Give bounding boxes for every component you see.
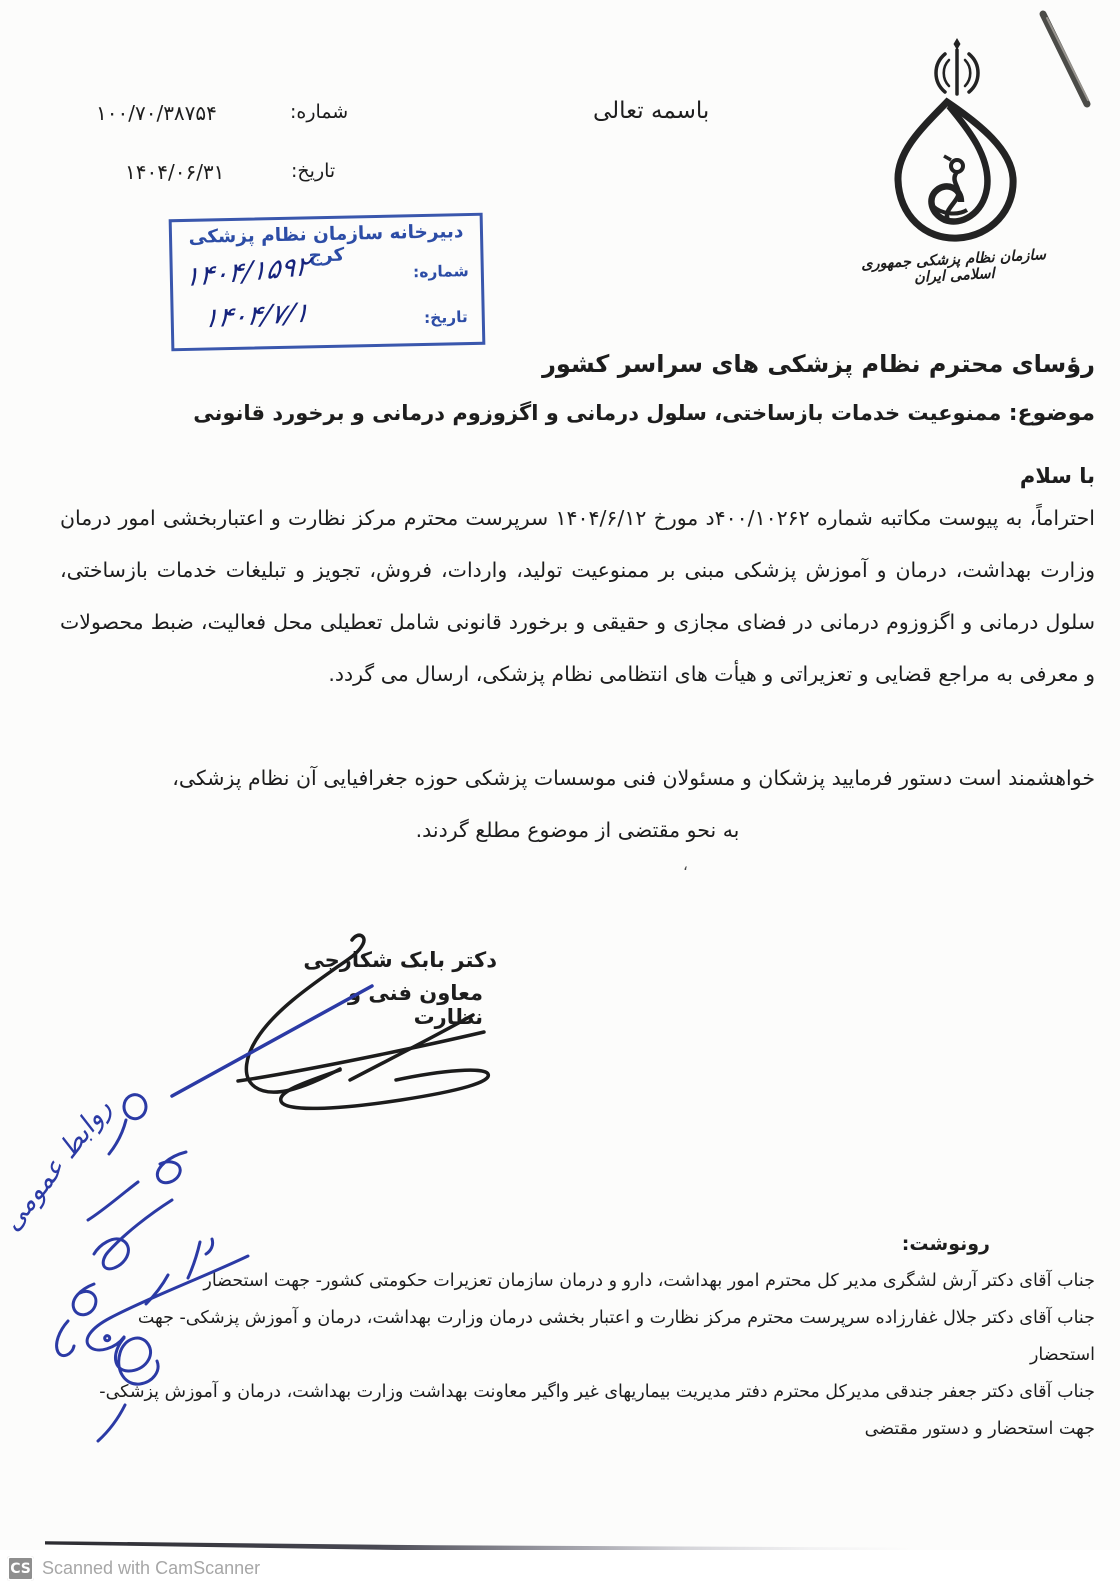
stamp-date-handwritten: ۱۴۰۴/۷/۱ — [201, 297, 311, 334]
cc-list: جناب آقای دکتر آرش لشگری مدیر کل محترم ا… — [83, 1263, 1095, 1448]
medical-council-logo-icon — [845, 30, 1045, 255]
letter-number-label: شماره: — [290, 101, 348, 123]
letter-date-label: تاریخ: — [291, 160, 335, 182]
cc-label: رونوشت: — [902, 1233, 990, 1255]
camscanner-footer: CS Scanned with CamScanner — [0, 1550, 1120, 1587]
subject-line: موضوع: ممنوعیت خدمات بازساختی، سلول درما… — [60, 401, 1095, 426]
cc-item-3: جناب آقای دکتر جعفر جندقی مدیرکل محترم د… — [83, 1374, 1095, 1448]
pen-mark-icon — [1043, 14, 1088, 104]
recipient-line: رؤسای محترم نظام پزشکی های سراسر کشور — [542, 350, 1095, 378]
camscanner-badge-icon: CS — [7, 1556, 34, 1581]
besmele-text: باسمه تعالی — [593, 98, 709, 124]
signer-title: معاون فنی و نظارت — [297, 981, 483, 1029]
stamp-number-label: شماره: — [413, 262, 469, 281]
salutation: با سلام — [1020, 464, 1095, 488]
iran-emblem-icon — [936, 38, 978, 94]
scanned-letter-page: باسمه تعالی شماره: ۱۰۰/۷۰/۳۸۷۵۴ تاریخ: ۱… — [0, 0, 1120, 1587]
letter-date-value: ۱۴۰۴/۰۶/۳۱ — [125, 160, 224, 184]
cc-item-2: جناب آقای دکتر جلال غفارزاده سرپرست محتر… — [83, 1300, 1095, 1374]
subject-label: موضوع: — [1009, 401, 1095, 426]
body-paragraph-2: خواهشمند است دستور فرمایید پزشکان و مسئو… — [60, 752, 1095, 804]
letter-number-value: ۱۰۰/۷۰/۳۸۷۵۴ — [96, 101, 217, 125]
subject-text: ممنوعیت خدمات بازساختی، سلول درمانی و اگ… — [193, 401, 1001, 425]
secretariat-stamp: دبیرخانه سازمان نظام پزشکی کرج شماره: تا… — [169, 213, 486, 352]
stray-comma-mark: ، — [683, 856, 688, 874]
stamp-date-label: تاریخ: — [424, 308, 468, 327]
body-paragraph-2-end: به نحو مقتضی از موضوع مطلع گردند. — [60, 804, 1095, 856]
body-paragraph-1: احتراماً، به پیوست مکاتبه شماره ۴۰۰/۱۰۲۶… — [60, 492, 1095, 700]
blue-note-text: روابط عمومی — [0, 1093, 118, 1237]
signer-name: دکتر بابک شکارچی — [297, 948, 497, 972]
camscanner-watermark-text: Scanned with CamScanner — [42, 1558, 260, 1579]
cc-item-1: جناب آقای دکتر آرش لشگری مدیر کل محترم ا… — [83, 1263, 1095, 1300]
